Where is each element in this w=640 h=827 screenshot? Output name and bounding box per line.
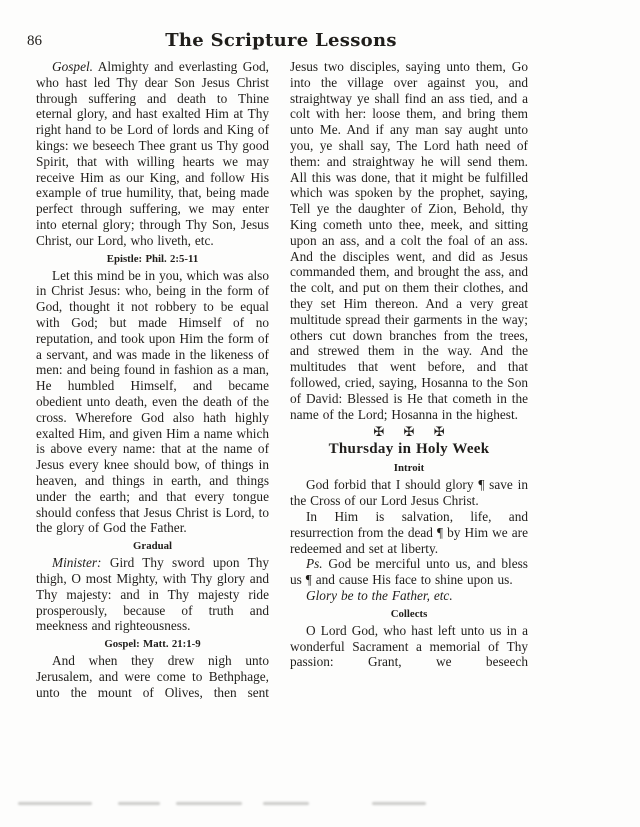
page-header: 86 The Scripture Lessons [36,30,526,56]
collect-paragraph-start: O Lord God, who hast left unto us in a w… [290,623,528,670]
introit-verse-paragraph: In Him is salvation, life, and resurrect… [290,509,528,556]
scanned-book-page: 86 The Scripture Lessons Gospel. Almight… [0,0,640,827]
introit-paragraph: God forbid that I should glory ¶ save in… [290,477,528,509]
gloria-patri-line: Glory be to the Father, etc. [290,588,528,604]
psalm-paragraph: Ps. God be merciful unto us, and bless u… [290,556,528,588]
gospel-rubric-heading: Gospel: Matt. 21:1-9 [36,638,269,651]
epistle-paragraph: Let this mind be in you, which was also … [36,268,269,537]
page-title: The Scripture Lessons [36,30,526,51]
gospel-reading-paragraph-start: And when they drew nigh unto Jerusalem, … [36,653,269,700]
collects-rubric-heading: Collects [290,608,528,621]
paragraph-leader-ps: Ps. [306,556,323,571]
paragraph-text: God be merciful unto us, and bless us ¶ … [290,556,528,587]
introit-rubric-heading: Introit [290,462,528,475]
paragraph-text: Almighty and everlasting God, who hast l… [36,59,269,248]
gospel-reading-paragraph-continued: Jesus two disciples, saying unto them, G… [290,59,528,422]
gospel-collect-paragraph: Gospel. Almighty and everlasting God, wh… [36,59,269,249]
paragraph-leader-minister: Minister: [52,555,102,570]
two-column-text-block: Gospel. Almighty and everlasting God, wh… [36,59,528,700]
epistle-rubric-heading: Epistle: Phil. 2:5-11 [36,253,269,266]
page-number: 86 [27,33,42,50]
feast-day-heading: Thursday in Holy Week [290,441,528,458]
triple-cross-ornament: ✠ ✠ ✠ [290,424,528,439]
left-column: Gospel. Almighty and everlasting God, wh… [36,59,269,700]
gradual-paragraph: Minister: Gird Thy sword upon Thy thigh,… [36,555,269,634]
paragraph-leader-gospel: Gospel. [52,59,93,74]
page-bleed-through-marks [0,801,640,806]
gradual-rubric-heading: Gradual [36,540,269,553]
right-column: Jesus two disciples, saying unto them, G… [290,59,528,700]
